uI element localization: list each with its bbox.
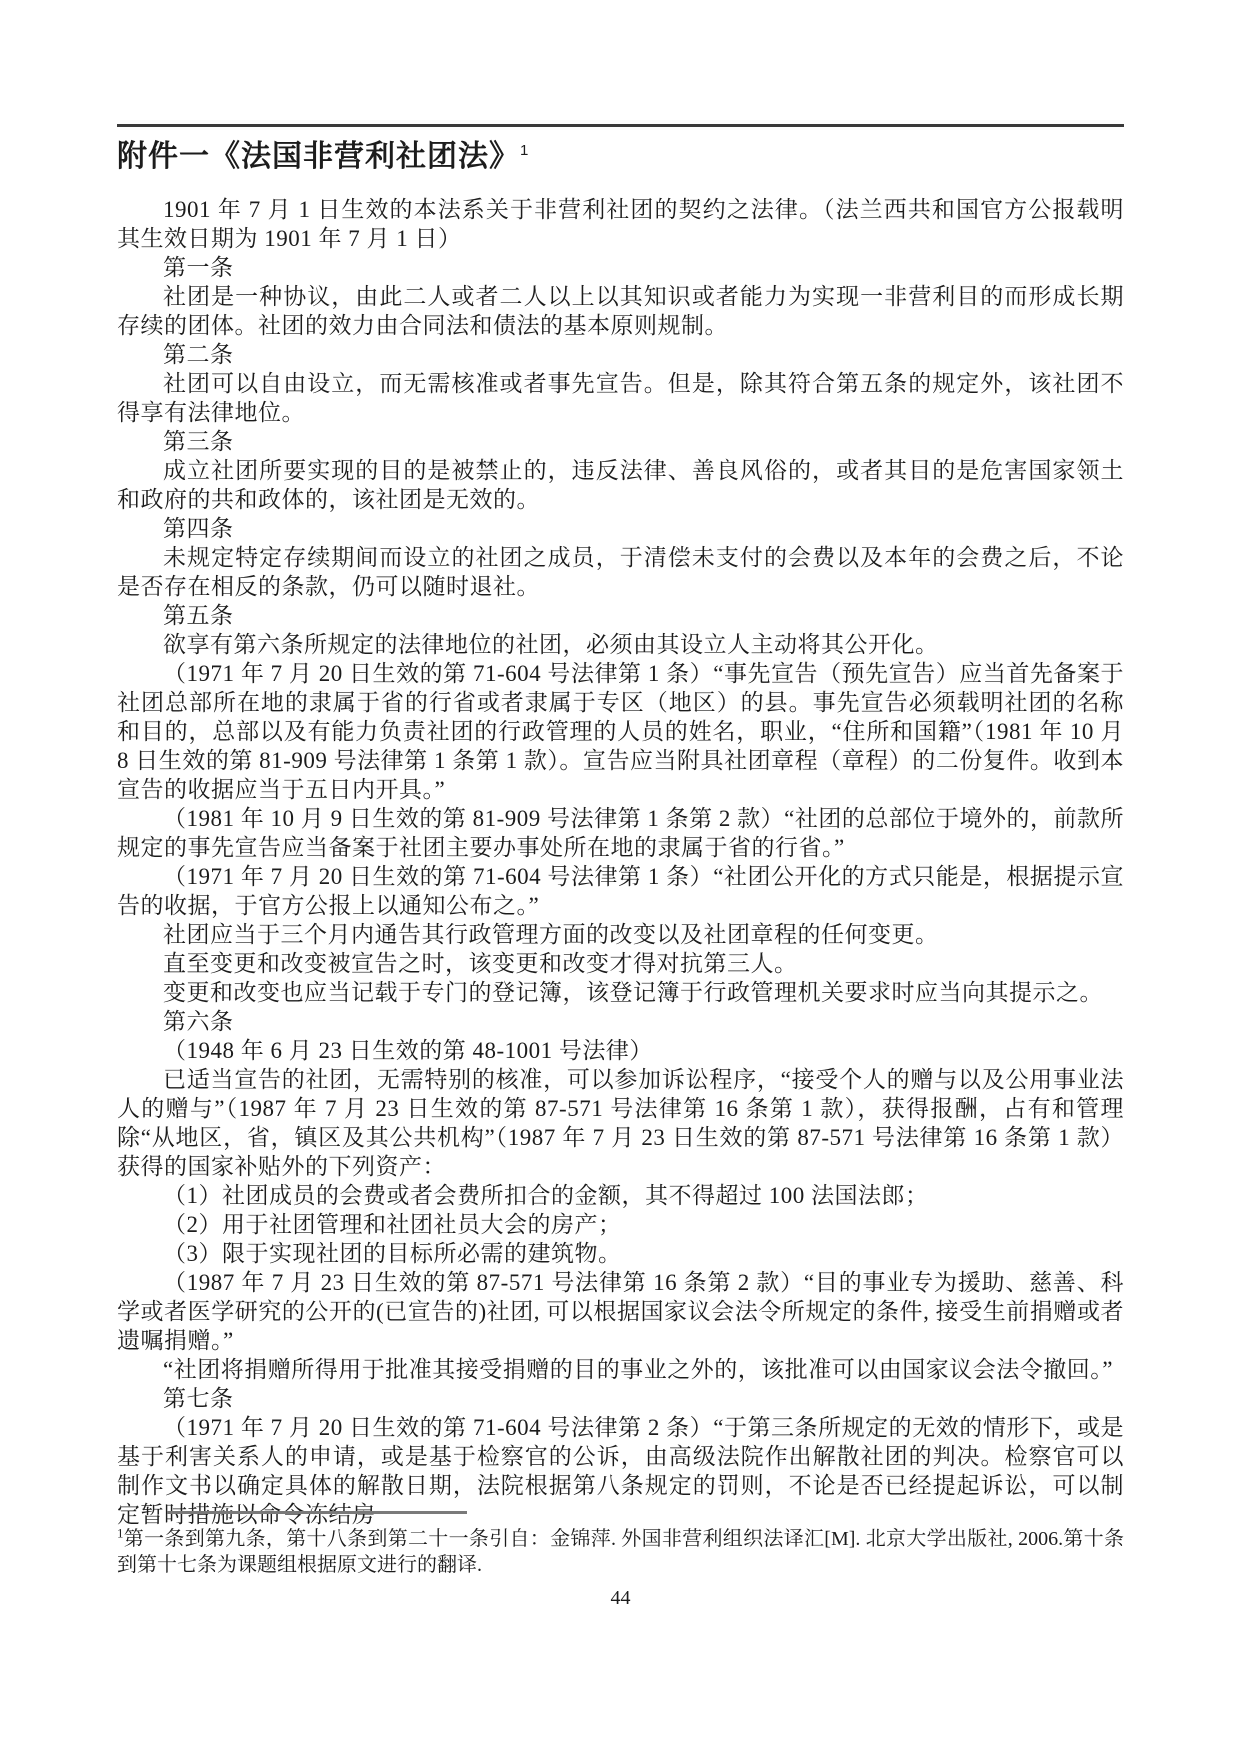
paragraph: 社团可以自由设立，而无需核准或者事先宣告。但是，除其符合第五条的规定外，该社团不… xyxy=(117,369,1124,427)
paragraph: 成立社团所要实现的目的是被禁止的，违反法律、善良风俗的，或者其目的是危害国家领土… xyxy=(117,456,1124,514)
paragraph: 第三条 xyxy=(117,427,1124,456)
page-title-text: 附件一《法国非营利社团法》 xyxy=(117,140,520,173)
paragraph: （2）用于社团管理和社团社员大会的房产； xyxy=(117,1210,1124,1239)
paragraph: （1971 年 7 月 20 日生效的第 71-604 号法律第 1 条）“社团… xyxy=(117,862,1124,920)
paragraph: 第五条 xyxy=(117,601,1124,630)
footnote-separator-rule xyxy=(167,1511,467,1514)
paragraph: （1981 年 10 月 9 日生效的第 81-909 号法律第 1 条第 2 … xyxy=(117,804,1124,862)
paragraph: 未规定特定存续期间而设立的社团之成员，于清偿未支付的会费以及本年的会费之后，不论… xyxy=(117,543,1124,601)
paragraph: （1）社团成员的会费或者会费所扣合的金额，其不得超过 100 法国法郎； xyxy=(117,1181,1124,1210)
page-title: 附件一《法国非营利社团法》1 xyxy=(117,139,1124,175)
footnote: 1第一条到第九条，第十八条到第二十一条引自：金锦萍. 外国非营利组织法译汇[M]… xyxy=(117,1526,1124,1578)
paragraph: （1948 年 6 月 23 日生效的第 48-1001 号法律） xyxy=(117,1036,1124,1065)
paragraph: 1901 年 7 月 1 日生效的本法系关于非营利社团的契约之法律。（法兰西共和… xyxy=(117,195,1124,253)
paragraph: 第二条 xyxy=(117,340,1124,369)
paragraph: 第一条 xyxy=(117,253,1124,282)
paragraph: （1987 年 7 月 23 日生效的第 87-571 号法律第 16 条第 2… xyxy=(117,1268,1124,1355)
paragraph: 变更和改变也应当记载于专门的登记簿，该登记簿于行政管理机关要求时应当向其提示之。 xyxy=(117,978,1124,1007)
page-footer: 1第一条到第九条，第十八条到第二十一条引自：金锦萍. 外国非营利组织法译汇[M]… xyxy=(117,1511,1124,1610)
paragraph: 第七条 xyxy=(117,1384,1124,1413)
paragraph: 直至变更和改变被宣告之时，该变更和改变才得对抗第三人。 xyxy=(117,949,1124,978)
paragraph: 社团是一种协议，由此二人或者二人以上以其知识或者能力为实现一非营利目的而形成长期… xyxy=(117,282,1124,340)
paragraph: （1971 年 7 月 20 日生效的第 71-604 号法律第 1 条）“事先… xyxy=(117,659,1124,804)
paragraph: 第六条 xyxy=(117,1007,1124,1036)
page-number: 44 xyxy=(117,1586,1124,1610)
document-body: 1901 年 7 月 1 日生效的本法系关于非营利社团的契约之法律。（法兰西共和… xyxy=(117,195,1124,1529)
title-footnote-ref: 1 xyxy=(520,142,529,159)
page-content: 附件一《法国非营利社团法》1 1901 年 7 月 1 日生效的本法系关于非营利… xyxy=(117,0,1124,1529)
paragraph: 欲享有第六条所规定的法律地位的社团，必须由其设立人主动将其公开化。 xyxy=(117,630,1124,659)
paragraph: 社团应当于三个月内通告其行政管理方面的改变以及社团章程的任何变更。 xyxy=(117,920,1124,949)
footnote-text: 第一条到第九条，第十八条到第二十一条引自：金锦萍. 外国非营利组织法译汇[M].… xyxy=(117,1528,1124,1576)
header-rule xyxy=(117,124,1124,127)
paragraph: 已适当宣告的社团，无需特别的核准，可以参加诉讼程序，“接受个人的赠与以及公用事业… xyxy=(117,1065,1124,1181)
document-page: 附件一《法国非营利社团法》1 1901 年 7 月 1 日生效的本法系关于非营利… xyxy=(0,0,1240,1753)
paragraph: （3）限于实现社团的目标所必需的建筑物。 xyxy=(117,1239,1124,1268)
paragraph: “社团将捐赠所得用于批准其接受捐赠的目的事业之外的，该批准可以由国家议会法令撤回… xyxy=(117,1355,1124,1384)
paragraph: 第四条 xyxy=(117,514,1124,543)
